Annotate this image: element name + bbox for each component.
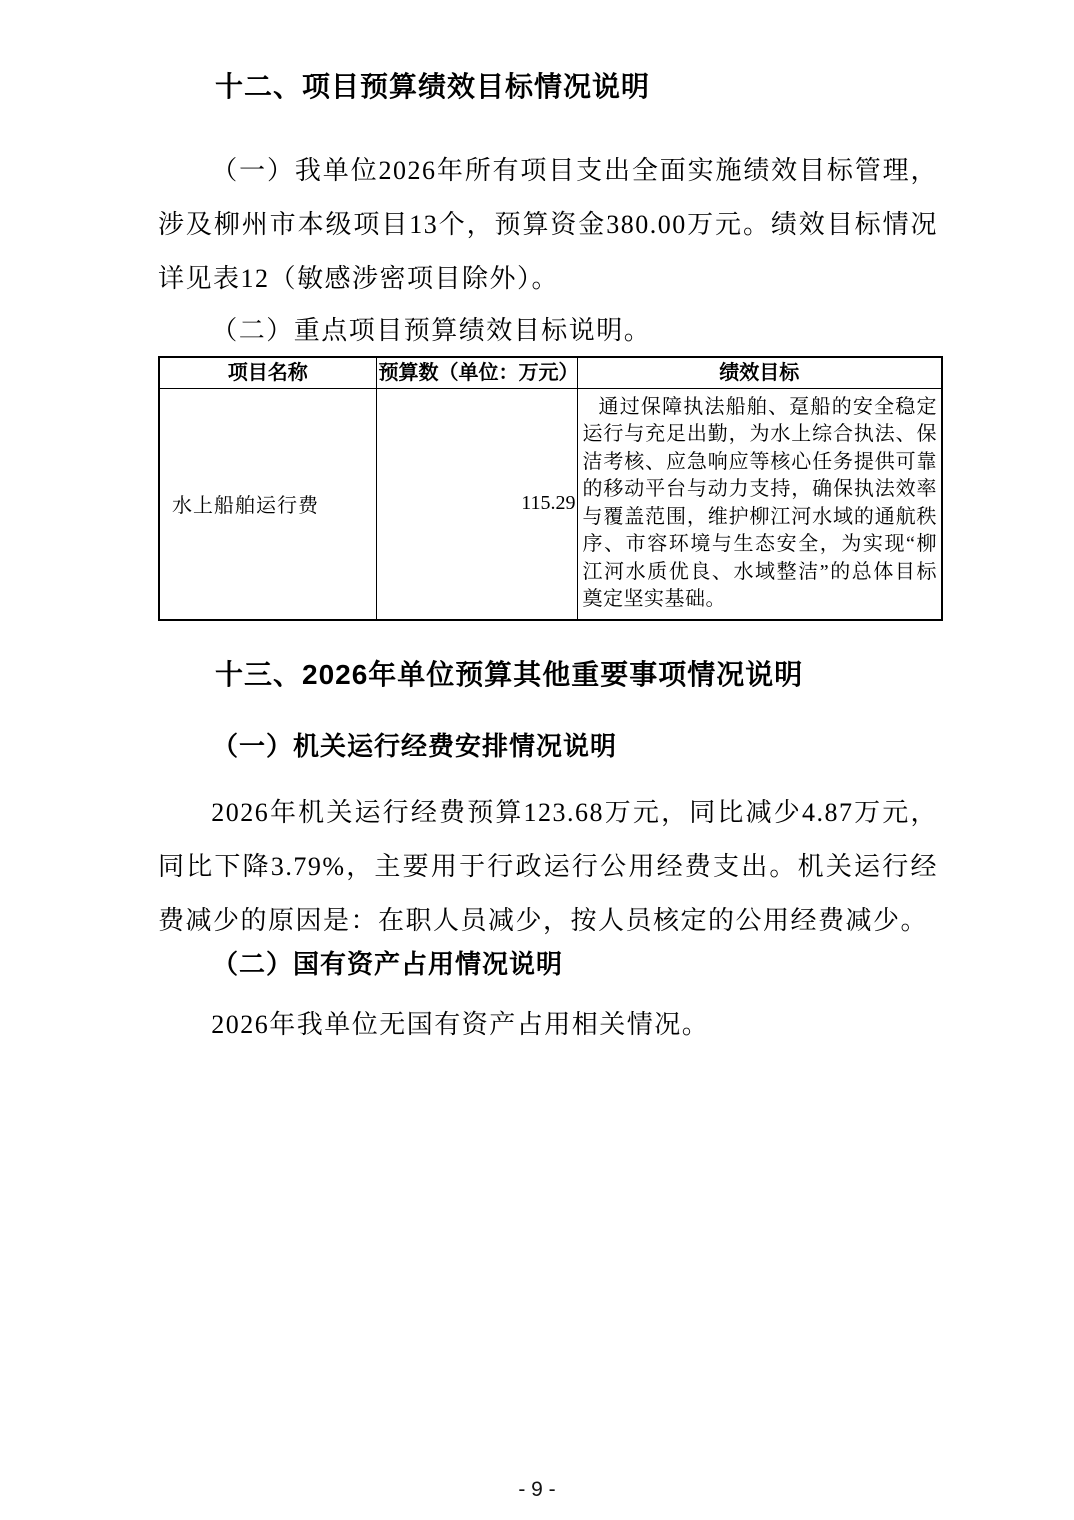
section12-heading: 十二、项目预算绩效目标情况说明 (158, 70, 938, 104)
table-header-budget: 预算数（单位：万元） (376, 357, 577, 388)
section13-heading: 十三、2026年单位预算其他重要事项情况说明 (158, 658, 938, 692)
section12-paragraph-1: （一）我单位2026年所有项目支出全面实施绩效目标管理，涉及柳州市本级项目13个… (158, 144, 938, 306)
table-header-target: 绩效目标 (577, 357, 942, 388)
performance-target-table: 项目名称 预算数（单位：万元） 绩效目标 水上船舶运行费 115.29 通过保障… (158, 356, 943, 621)
section13-sub2-heading: （二）国有资产占用情况说明 (158, 948, 938, 982)
document-content: 十二、项目预算绩效目标情况说明 （一）我单位2026年所有项目支出全面实施绩效目… (0, 0, 1074, 1052)
table-cell-project-name: 水上船舶运行费 (159, 388, 376, 620)
table-cell-target: 通过保障执法船舶、趸船的安全稳定运行与充足出勤，为水上综合执法、保洁考核、应急响… (577, 388, 942, 620)
table-row: 水上船舶运行费 115.29 通过保障执法船舶、趸船的安全稳定运行与充足出勤，为… (159, 388, 942, 620)
table-cell-target-text: 通过保障执法船舶、趸船的安全稳定运行与充足出勤，为水上综合执法、保洁考核、应急响… (583, 394, 938, 614)
table-header-row: 项目名称 预算数（单位：万元） 绩效目标 (159, 357, 942, 388)
table-header-project-name: 项目名称 (159, 357, 376, 388)
section13-sub1-heading: （一）机关运行经费安排情况说明 (158, 730, 938, 764)
page-number: - 9 - (0, 1478, 1074, 1502)
section12-paragraph-2: （二）重点项目预算绩效目标说明。 (158, 308, 938, 354)
section13-sub2-paragraph: 2026年我单位无国有资产占用相关情况。 (158, 998, 938, 1052)
document-page: 十二、项目预算绩效目标情况说明 （一）我单位2026年所有项目支出全面实施绩效目… (0, 0, 1074, 1520)
table-cell-budget: 115.29 (376, 388, 577, 620)
section13-sub1-paragraph: 2026年机关运行经费预算123.68万元，同比减少4.87万元，同比下降3.7… (158, 786, 938, 948)
